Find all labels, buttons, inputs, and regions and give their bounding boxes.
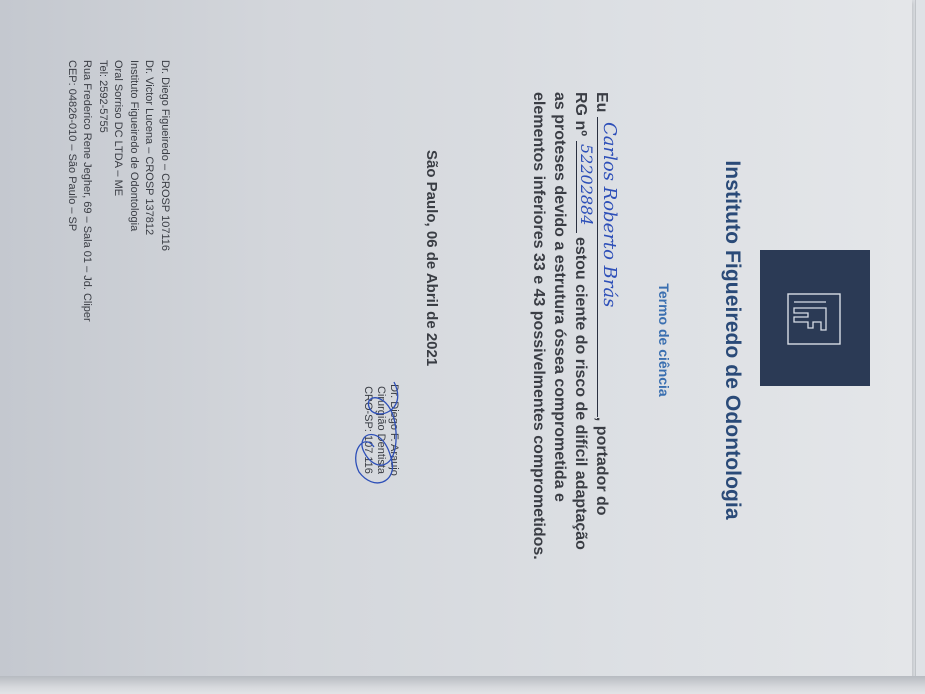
consent-statement: Eu , portador do Carlos Roberto Brás RG …: [528, 92, 612, 562]
statement-line-2: RG nº estou ciente do risco de difícil a…: [570, 92, 591, 562]
institute-logo: [760, 250, 870, 386]
footer-line: Instituto Figueiredo de Odontologia: [126, 60, 142, 480]
footer-line: Dr. Victor Lucena – CROSP 137812: [141, 60, 157, 480]
statement-risk-text: estou ciente do risco de difícil adaptaç…: [572, 237, 589, 550]
statement-line-4: elementos inferiores 33 e 43 possivelmen…: [528, 92, 549, 562]
statement-line-3: as proteses devido a estrutura óssea com…: [549, 92, 570, 562]
footer-line: Dr. Diego Figueiredo – CROSP 107116: [157, 60, 173, 480]
rg-label: RG nº: [572, 92, 589, 136]
clinic-footer: Dr. Diego Figueiredo – CROSP 107116 Dr. …: [64, 60, 173, 480]
signature-scribble-icon: [344, 352, 404, 502]
rotated-page: Instituto Figueiredo de Odontologia Term…: [0, 0, 912, 680]
statement-prefix-eu: Eu: [593, 92, 610, 112]
footer-line: Oral Sorriso DC LTDA – ME: [110, 60, 126, 480]
footer-line: Tel: 2592-5755: [95, 60, 111, 480]
statement-suffix-portador: , portador do: [593, 417, 610, 516]
if-logo-icon: [760, 250, 870, 386]
handwritten-name: Carlos Roberto Brás: [599, 122, 620, 307]
document-sheet: Instituto Figueiredo de Odontologia Term…: [0, 0, 912, 680]
footer-line: CEP: 04826-010 – São Paulo – SP: [64, 60, 80, 480]
name-field[interactable]: [597, 117, 598, 417]
footer-line: Rua Frederico Rene Jegher, 69 – Sala 01 …: [79, 60, 95, 480]
handwritten-rg: 52202884: [576, 144, 597, 225]
document-subtitle: Termo de ciência: [656, 0, 672, 680]
desk-shadow: [0, 676, 925, 694]
institute-title: Instituto Figueiredo de Odontologia: [720, 0, 744, 680]
date-line: São Paulo, 06 de Abril de 2021: [423, 150, 440, 450]
